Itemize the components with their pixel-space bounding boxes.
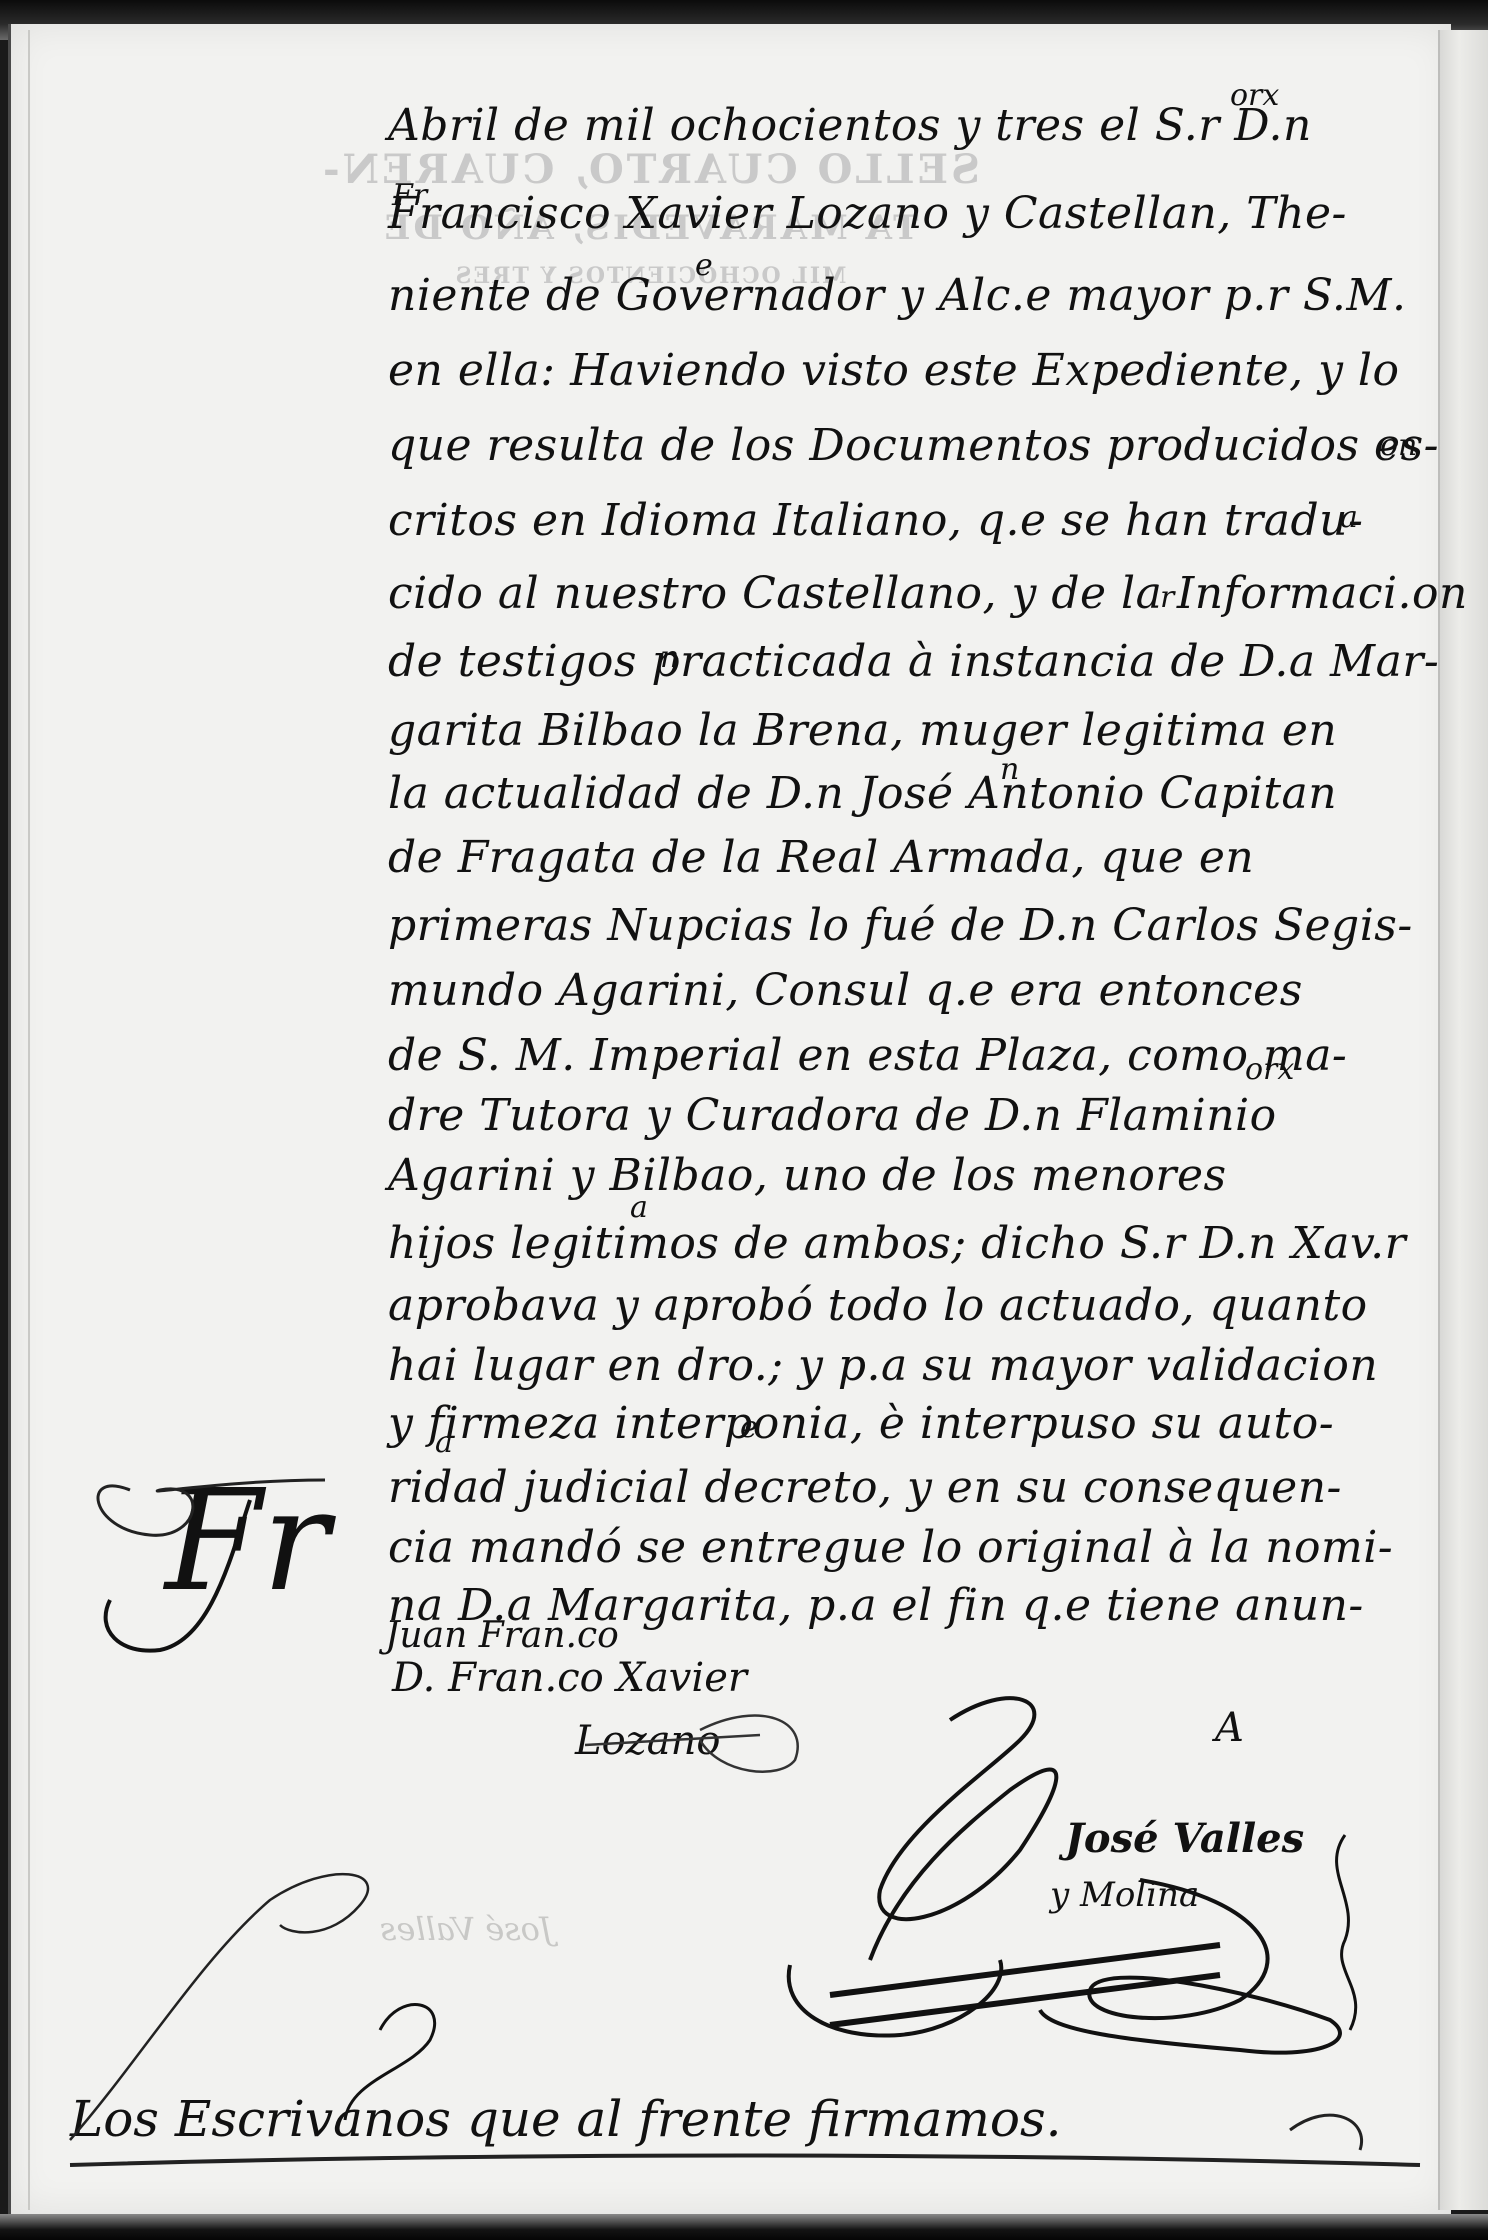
manuscript-line: cido al nuestro Castellano, y de la Info… bbox=[388, 568, 1468, 619]
scan-bottom-edge bbox=[0, 2214, 1488, 2240]
margin-initial: Fr bbox=[165, 1460, 329, 1623]
manuscript-line: la actualidad de D.n José Antonio Capita… bbox=[388, 768, 1337, 819]
judge-signature-line-1: Juan Fran.co bbox=[385, 1615, 619, 1656]
notary-signature-line-1: José Valles bbox=[1065, 1815, 1304, 1862]
manuscript-line: Agarini y Bilbao, uno de los menores bbox=[388, 1150, 1227, 1201]
closing-line: Los Escrivanos que al frente firmamos. bbox=[70, 2090, 1062, 2148]
bleed-through-signature: José Valles bbox=[380, 1910, 553, 1948]
manuscript-line: dre Tutora y Curadora de D.n Flaminio bbox=[388, 1090, 1277, 1141]
left-margin-edge bbox=[28, 30, 30, 2210]
manuscript-line: en ella: Haviendo visto este Expediente,… bbox=[388, 345, 1400, 396]
manuscript-line: niente de Governador y Alc.e mayor p.r S… bbox=[388, 270, 1406, 321]
manuscript-line: Francisco Xavier Lozano y Castellan, The… bbox=[388, 188, 1347, 239]
manuscript-line: cia mandó se entregue lo original à la n… bbox=[388, 1522, 1393, 1573]
manuscript-line: de Fragata de la Real Armada, que en bbox=[388, 832, 1254, 883]
manuscript-line: ridad judicial decreto, y en su conseque… bbox=[388, 1462, 1342, 1513]
manuscript-line: aprobava y aprobó todo lo actuado, quant… bbox=[388, 1280, 1368, 1331]
manuscript-line: critos en Idioma Italiano, q.e se han tr… bbox=[388, 495, 1363, 546]
manuscript-line: garita Bilbao la Brena, muger legitima e… bbox=[388, 705, 1337, 756]
notary-signature-line-2: y Molina bbox=[1050, 1875, 1199, 1915]
judge-signature-line-3: Lozano bbox=[575, 1718, 720, 1764]
notary-mark: A bbox=[1215, 1705, 1244, 1751]
judge-signature-line-2: D. Fran.co Xavier bbox=[392, 1655, 747, 1701]
manuscript-line: de testigos practicada à instancia de D.… bbox=[388, 636, 1439, 687]
manuscript-line: y firmeza interponia, è interpuso su aut… bbox=[388, 1398, 1334, 1449]
manuscript-line: que resulta de los Documentos producidos… bbox=[388, 420, 1439, 471]
manuscript-line: hai lugar en dro.; y p.a su mayor valida… bbox=[388, 1340, 1378, 1391]
page-fold-strip bbox=[1438, 30, 1488, 2210]
manuscript-line: de S. M. Imperial en esta Plaza, como ma… bbox=[388, 1030, 1347, 1081]
manuscript-line: Abril de mil ochocientos y tres el S.r D… bbox=[388, 100, 1312, 151]
manuscript-line: mundo Agarini, Consul q.e era entonces bbox=[388, 965, 1303, 1016]
manuscript-line: hijos legitimos de ambos; dicho S.r D.n … bbox=[388, 1218, 1406, 1269]
manuscript-line: primeras Nupcias lo fué de D.n Carlos Se… bbox=[388, 900, 1413, 951]
